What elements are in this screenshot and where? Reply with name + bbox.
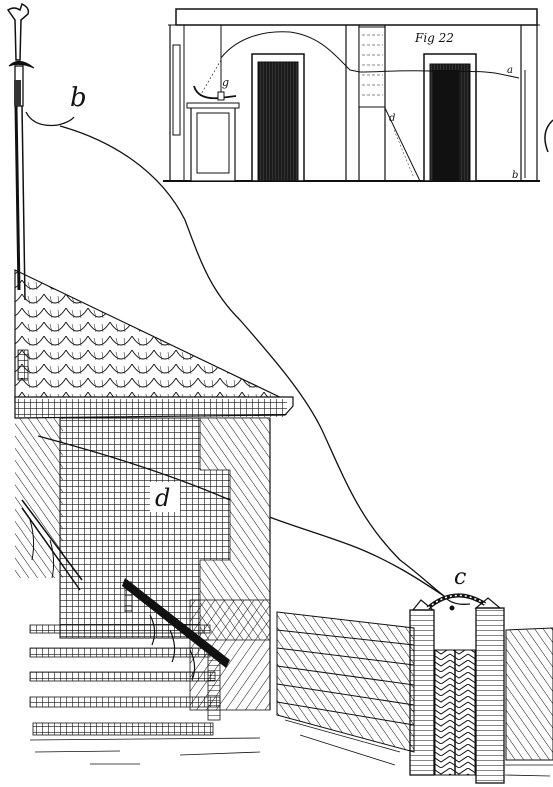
inset-label-g: g xyxy=(222,76,229,89)
inset-caption: Fig 22 xyxy=(414,31,454,45)
inset-label-a: a xyxy=(507,65,513,76)
label-b: b xyxy=(70,83,87,113)
inset-label-d: d xyxy=(389,113,395,124)
engraving-illustration: Fig 22 a b d g b d xyxy=(0,0,553,787)
gate: c xyxy=(410,565,504,783)
lightning-rod: b xyxy=(8,4,87,300)
label-d: d xyxy=(155,484,170,512)
label-c: c xyxy=(454,565,466,590)
inset-figure: Fig 22 a b d g xyxy=(163,9,553,181)
inset-label-b: b xyxy=(512,170,518,181)
house-roof xyxy=(15,270,293,418)
